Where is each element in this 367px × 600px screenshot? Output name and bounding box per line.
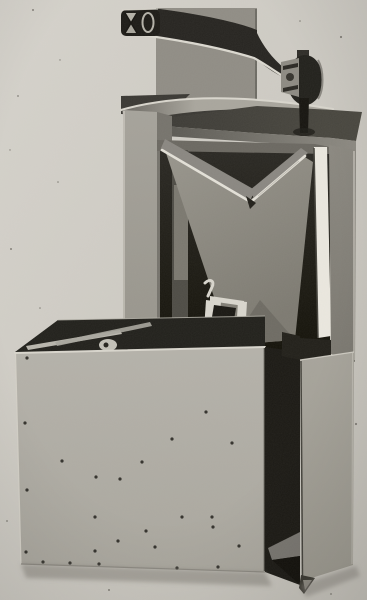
vignette-overlay <box>0 0 367 600</box>
speaker-cutaway-photo <box>0 0 367 600</box>
photograph <box>0 0 367 600</box>
